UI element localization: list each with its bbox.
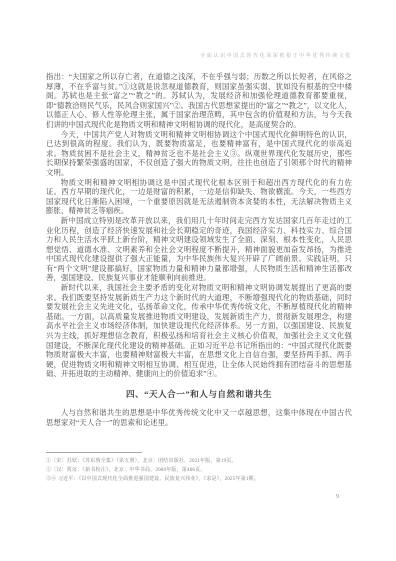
paragraph: 新中国成立特别是改革开放以来，我们用几十年时间走完西方发达国家几百年走过的工业化… [46,216,352,283]
running-header: 全面认识中国式现代化深深植根于中华优秀传统文化 [46,52,352,59]
paragraph: 新时代以来，我国社会主要矛盾的变化对物质文明和精神文明协调发展提出了更高的要求。… [46,283,352,379]
paragraph: 物质文明和精神文明相协调这是中国式现代化根本区别于和超出西方现代化的有力佐证。西… [46,178,352,216]
footnote-3: ③④ 习近平：《以中国式现代化全面推进强国建设、民族复兴伟业》，《求是》，202… [46,476,352,483]
footnote-1: ①〔宋〕苏轼：《苏东坡全集》（第五册），北京：团结出版社，2021年版，第19页… [46,458,352,465]
paragraph-continuation: 指出：“夫国家之所以存亡者，在道德之浅深，不在乎强与弱；历数之所以长短者，在风俗… [46,72,352,130]
footnotes-block: ①〔宋〕苏轼：《苏东坡全集》（第五册），北京：团结出版社，2021年版，第19页… [46,452,352,486]
page-content: 全面认识中国式现代化深深植根于中华优秀传统文化 指出：“夫国家之所以存亡者，在道… [46,52,352,427]
section-intro-paragraph: 人与自然和谐共生的思想是中华优秀传统文化中又一卓越思想，这集中体现在中国古代思想… [46,408,352,427]
footnote-divider [46,452,142,453]
paragraph: 今天，中国共产党人对物质文明和精神文明相协调这个中国式现代化鲜明特色的认识，已达… [46,130,352,178]
section-heading: 四、“天人合一”和人与自然和谐共生 [46,388,352,400]
body-text: 指出：“夫国家之所以存亡者，在道德之浅深，不在乎强与弱；历数之所以长短者，在风俗… [46,72,352,427]
document-page: 全面认识中国式现代化深深植根于中华优秀传统文化 指出：“夫国家之所以存亡者，在道… [0,0,396,561]
page-number: 9 [336,494,339,500]
footnote-2: ②〔汉〕贾谊：《新书校注》，北京：中华书局，2000年版，第468页。 [46,467,352,474]
